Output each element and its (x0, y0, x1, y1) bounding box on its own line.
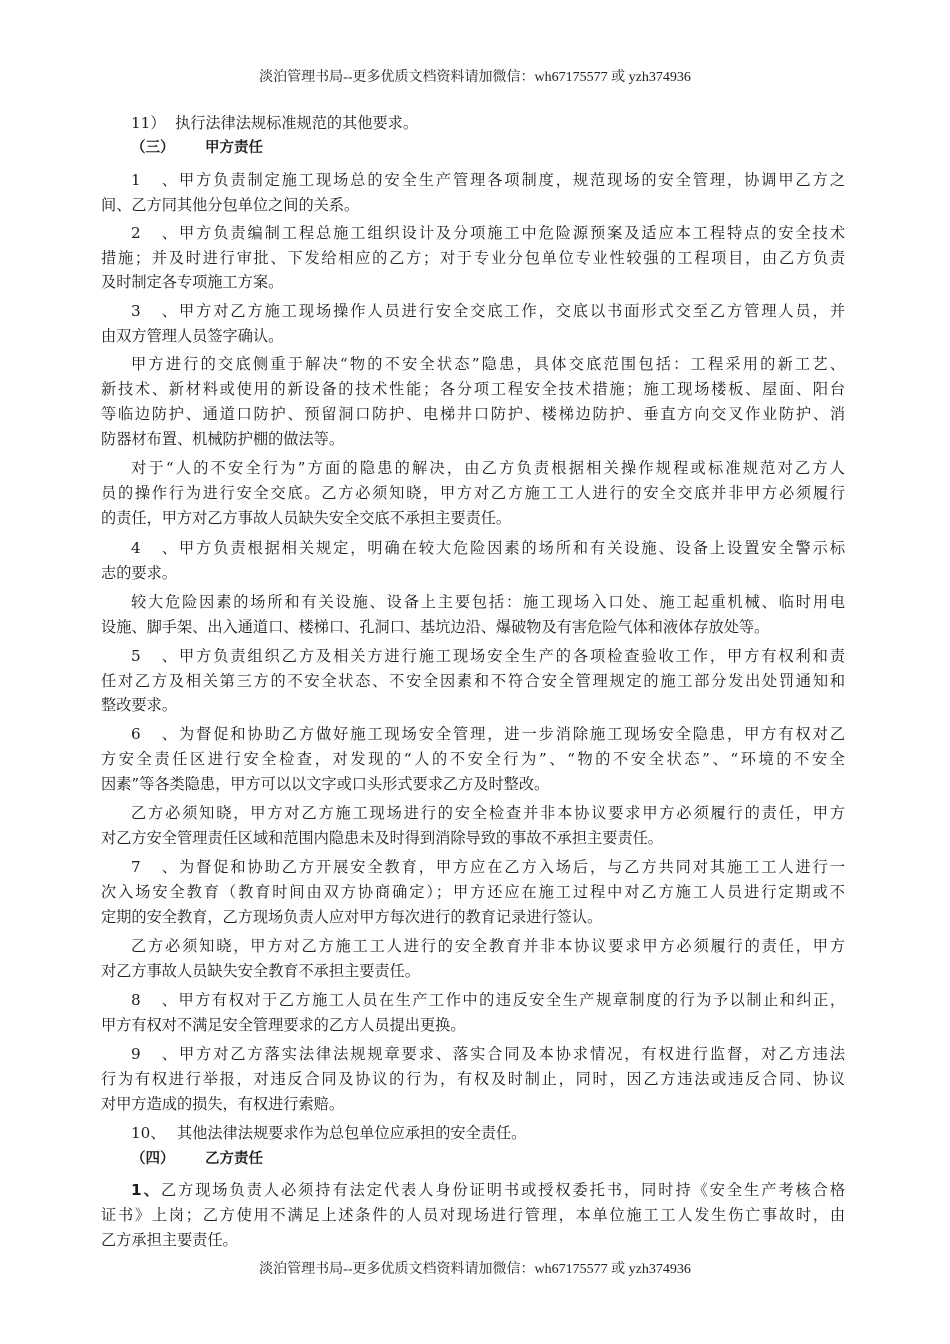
section-heading-3: （三）甲方责任 (131, 136, 845, 160)
clause-9-line-3: 对甲方造成的损失，有权进行索赔。 (101, 1092, 845, 1116)
party-b-clause-1-line-2: 证书》上岗；乙方使用不满足上述条件的人员对现场进行管理，本单位施工工人发生伤亡事… (101, 1203, 845, 1227)
clause-2-line-2: 措施；并及时进行审批、下发给相应的乙方；对于专业分包单位专业性较强的工程项目，由… (101, 246, 845, 270)
paragraph-7a-line-2: 对乙方事故人员缺失安全教育不承担主要责任。 (101, 959, 845, 983)
item-text: 执行法律法规标准规范的其他要求。 (175, 114, 418, 132)
clause-text: 为督促和协助乙方开展安全教育，甲方应在乙方入场后，与乙方共同对其施工工人进行一 (177, 858, 845, 876)
clause-1-line-1: 1、甲方负责制定施工现场总的安全生产管理各项制度，规范现场的安全管理，协调甲乙方… (131, 168, 845, 192)
clause-number: 6、 (131, 722, 177, 746)
clause-text: 甲方有权对于乙方施工人员在生产工作中的违反安全生产规章制度的行为予以制止和纠正， (177, 991, 845, 1009)
paragraph-4a-line-1: 较大危险因素的场所和有关设施、设备上主要包括：施工现场入口处、施工起重机械、临时… (131, 590, 845, 614)
clause-8-line-2: 甲方有权对不满足安全管理要求的乙方人员提出更换。 (101, 1013, 845, 1037)
section-heading-4: （四）乙方责任 (131, 1147, 845, 1171)
clause-number: 3、 (131, 299, 177, 323)
clause-8-line-1: 8、甲方有权对于乙方施工人员在生产工作中的违反安全生产规章制度的行为予以制止和纠… (131, 988, 845, 1012)
clause-1-line-2: 间、乙方同其他分包单位之间的关系。 (101, 193, 845, 217)
party-b-clause-1-line-1: 1、乙方现场负责人必须持有法定代表人身份证明书或授权委托书，同时持《安全生产考核… (131, 1178, 845, 1202)
clause-text: 甲方对乙方施工现场操作人员进行安全交底工作，交底以书面形式交至乙方管理人员，并 (177, 302, 845, 320)
clause-number: 4、 (131, 536, 177, 560)
clause-6-line-2: 方安全责任区进行安全检查，对发现的“人的不安全行为”、“物的不安全状态”、“环境… (101, 747, 845, 771)
clause-7-line-2: 次入场安全教育（教育时间由双方协商确定）；甲方还应在施工过程中对乙方施工人员进行… (101, 880, 845, 904)
clause-number: 8、 (131, 988, 177, 1012)
clause-7-line-1: 7、为督促和协助乙方开展安全教育，甲方应在乙方入场后，与乙方共同对其施工工人进行… (131, 855, 845, 879)
party-b-clause-1-line-3: 乙方承担主要责任。 (101, 1228, 845, 1252)
clause-number: 1、 (131, 168, 177, 192)
section-title: 乙方责任 (205, 1151, 263, 1167)
paragraph-3a-line-1: 甲方进行的交底侧重于解决“物的不安全状态”隐患，具体交底范围包括：工程采用的新工… (131, 352, 845, 376)
clause-7-line-3: 定期的安全教育，乙方现场负责人应对甲方每次进行的教育记录进行签认。 (101, 905, 845, 929)
clause-10: 10、其他法律法规要求作为总包单位应承担的安全责任。 (131, 1121, 845, 1145)
clause-text: 乙方现场负责人必须持有法定代表人身份证明书或授权委托书，同时持《安全生产考核合格 (159, 1181, 845, 1199)
paragraph-7a-line-1: 乙方必须知晓，甲方对乙方施工工人进行的安全教育并非本协议要求甲方必须履行的责任，… (131, 934, 845, 958)
clause-number: 10、 (131, 1121, 177, 1145)
paragraph-3b-line-3: 的责任，甲方对乙方事故人员缺失安全交底不承担主要责任。 (101, 506, 845, 530)
document-page: 淡泊管理书局--更多优质文档资料请加微信：wh67175577 或 yzh374… (0, 0, 950, 1344)
clause-5-line-1: 5、甲方负责组织乙方及相关方进行施工现场安全生产的各项检查验收工作，甲方有权利和… (131, 644, 845, 668)
section-number: （三） (131, 136, 205, 160)
paragraph-6a-line-1: 乙方必须知晓，甲方对乙方施工现场进行的安全检查并非本协议要求甲方必须履行的责任，… (131, 801, 845, 825)
paragraph-6a-line-2: 对乙方安全管理责任区域和范围内隐患未及时得到消除导致的事故不承担主要责任。 (101, 826, 845, 850)
paragraph-3a-line-3: 等临边防护、通道口防护、预留洞口防护、电梯井口防护、楼梯边防护、垂直方向交叉作业… (101, 402, 845, 426)
clause-number: 7、 (131, 855, 177, 879)
paragraph-3a-line-4: 防器材布置、机械防护棚的做法等。 (101, 427, 845, 451)
clause-text: 为督促和协助乙方做好施工现场安全管理，进一步消除施工现场安全隐患，甲方有权对乙 (177, 725, 845, 743)
clause-3-line-2: 由双方管理人员签字确认。 (101, 324, 845, 348)
page-footer: 淡泊管理书局--更多优质文档资料请加微信：wh67175577 或 yzh374… (0, 1258, 950, 1278)
clause-number: 2、 (131, 221, 177, 245)
paragraph-3b-line-2: 员的操作行为进行安全交底。乙方必须知晓，甲方对乙方施工工人进行的安全交底并非甲方… (101, 481, 845, 505)
page-header: 淡泊管理书局--更多优质文档资料请加微信：wh67175577 或 yzh374… (0, 66, 950, 86)
clause-4-line-2: 志的要求。 (101, 561, 845, 585)
clause-text: 其他法律法规要求作为总包单位应承担的安全责任。 (177, 1124, 526, 1142)
paragraph-3b-line-1: 对于“人的不安全行为”方面的隐患的解决，由乙方负责根据相关操作规程或标准规范对乙… (131, 456, 845, 480)
list-item-11: 11）执行法律法规标准规范的其他要求。 (131, 111, 845, 135)
paragraph-4a-line-2: 设施、脚手架、出入通道口、楼梯口、孔洞口、基坑边沿、爆破物及有害危险气体和液体存… (101, 615, 845, 639)
clause-5-line-2: 任对乙方及相关第三方的不安全状态、不安全因素和不符合安全管理规定的施工部分发出处… (101, 669, 845, 693)
clause-9-line-1: 9、甲方对乙方落实法律法规规章要求、落实合同及本协求情况，有权进行监督，对乙方违… (131, 1042, 845, 1066)
clause-5-line-3: 整改要求。 (101, 693, 845, 717)
section-number: （四） (131, 1147, 205, 1171)
clause-text: 甲方负责制定施工现场总的安全生产管理各项制度，规范现场的安全管理，协调甲乙方之 (177, 171, 845, 189)
clause-number: 1、 (131, 1178, 159, 1202)
clause-6-line-3: 因素”等各类隐患，甲方可以以文字或口头形式要求乙方及时整改。 (101, 772, 845, 796)
clause-text: 甲方对乙方落实法律法规规章要求、落实合同及本协求情况，有权进行监督，对乙方违法 (177, 1045, 845, 1063)
item-number: 11） (131, 111, 175, 135)
section-title: 甲方责任 (205, 140, 263, 156)
clause-text: 甲方负责编制工程总施工组织设计及分项施工中危险源预案及适应本工程特点的安全技术 (177, 224, 845, 242)
clause-9-line-2: 行为有权进行举报，对违反合同及协议的行为，有权及时制止，同时，因乙方违法或违反合… (101, 1067, 845, 1091)
clause-6-line-1: 6、为督促和协助乙方做好施工现场安全管理，进一步消除施工现场安全隐患，甲方有权对… (131, 722, 845, 746)
clause-2-line-3: 及时制定各专项施工方案。 (101, 270, 845, 294)
clause-number: 9、 (131, 1042, 177, 1066)
clause-text: 甲方负责根据相关规定，明确在较大危险因素的场所和有关设施、设备上设置安全警示标 (177, 539, 845, 557)
clause-number: 5、 (131, 644, 177, 668)
clause-text: 甲方负责组织乙方及相关方进行施工现场安全生产的各项检查验收工作，甲方有权利和责 (177, 647, 845, 665)
clause-3-line-1: 3、甲方对乙方施工现场操作人员进行安全交底工作，交底以书面形式交至乙方管理人员，… (131, 299, 845, 323)
clause-4-line-1: 4、甲方负责根据相关规定，明确在较大危险因素的场所和有关设施、设备上设置安全警示… (131, 536, 845, 560)
clause-2-line-1: 2、甲方负责编制工程总施工组织设计及分项施工中危险源预案及适应本工程特点的安全技… (131, 221, 845, 245)
paragraph-3a-line-2: 新技术、新材料或使用的新设备的技术性能；各分项工程安全技术措施；施工现场楼板、屋… (101, 377, 845, 401)
